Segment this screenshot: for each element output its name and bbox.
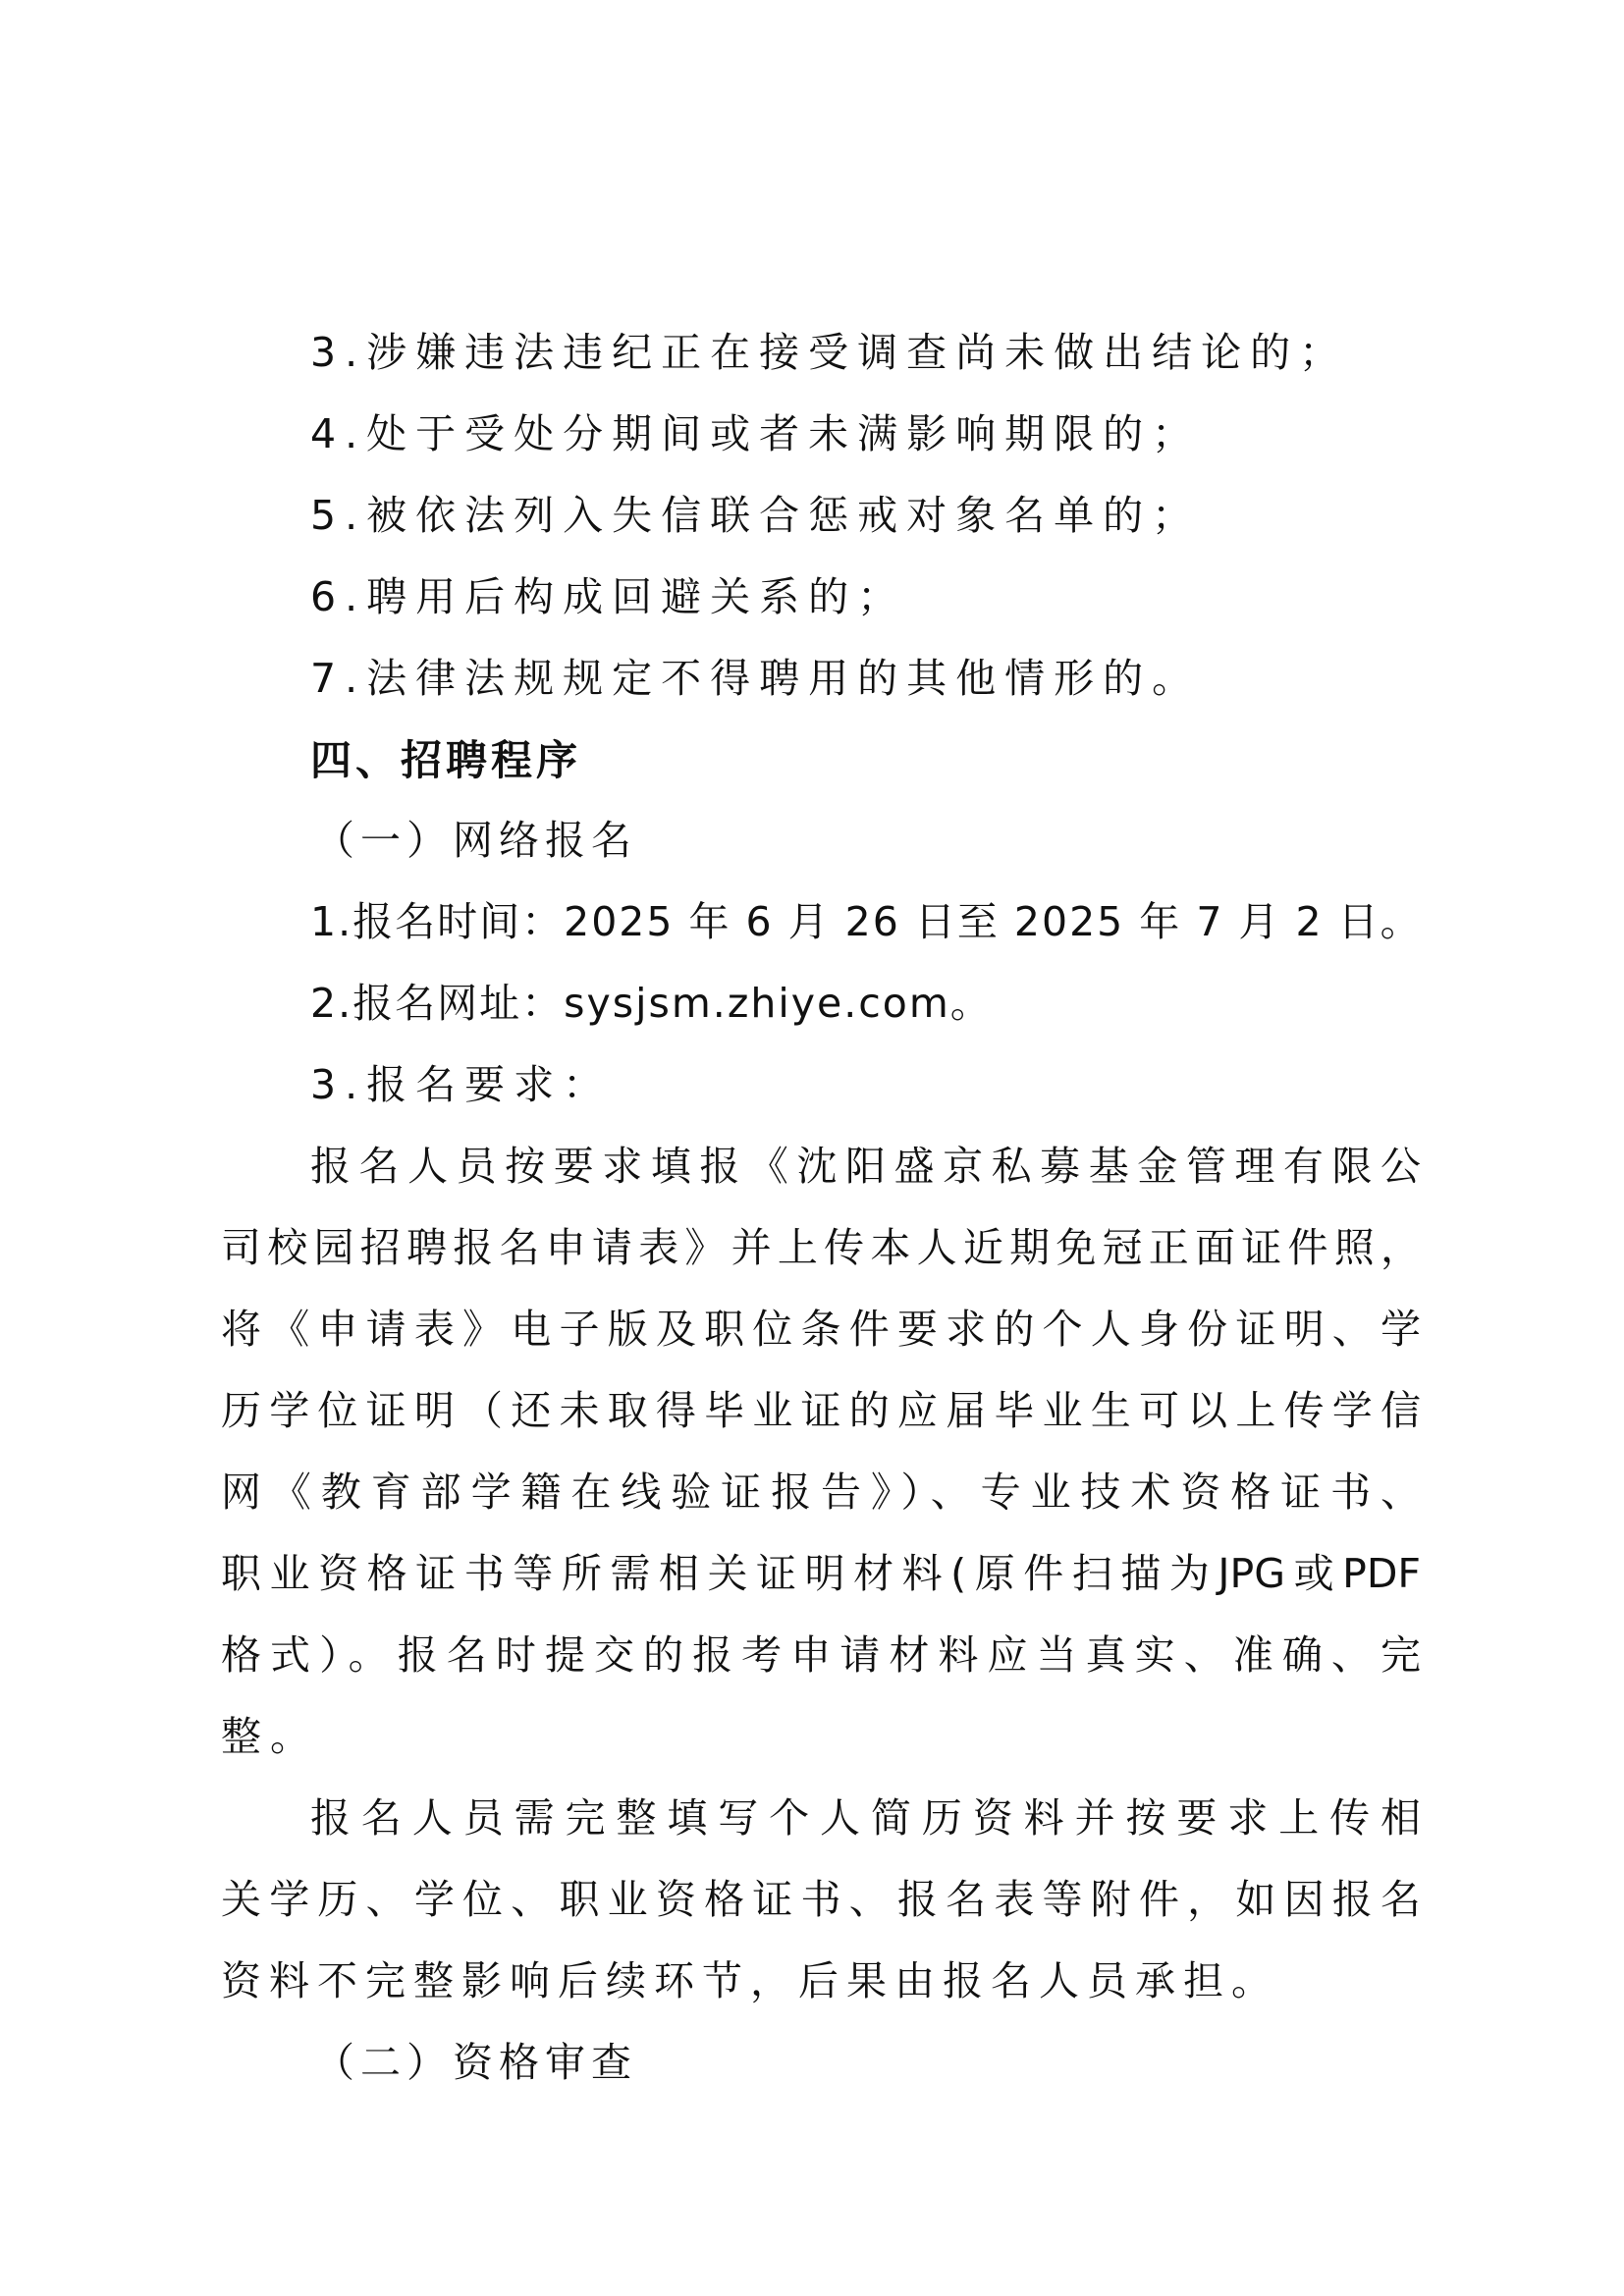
list-item: 5.被依法列入失信联合惩戒对象名单的； xyxy=(310,475,1421,557)
paragraph-line: 资料不完整影响后续环节，后果由报名人员承担。 xyxy=(221,1941,1421,2022)
registration-requirements-label: 3.报名要求： xyxy=(310,1044,1421,1126)
paragraph-line: 报名人员按要求填报《沈阳盛京私募基金管理有限公 xyxy=(310,1126,1421,1207)
registration-time: 1.报名时间：2025 年 6 月 26 日至 2025 年 7 月 2 日。 xyxy=(310,881,1421,963)
list-item: 3.涉嫌违法违纪正在接受调查尚未做出结论的； xyxy=(310,312,1421,394)
paragraph-line: 整。 xyxy=(221,1696,1421,1778)
paragraph-line: 格式）。报名时提交的报考申请材料应当真实、准确、完 xyxy=(221,1615,1421,1696)
section-heading: 四、招聘程序 xyxy=(310,720,1421,801)
paragraph-line: 报名人员需完整填写个人简历资料并按要求上传相 xyxy=(310,1778,1421,1859)
paragraph-line: 关学历、学位、职业资格证书、报名表等附件，如因报名 xyxy=(221,1859,1421,1941)
document-page: 3.涉嫌违法违纪正在接受调查尚未做出结论的； 4.处于受处分期间或者未满影响期限… xyxy=(0,0,1624,2296)
paragraph-line: 历学位证明（还未取得毕业证的应届毕业生可以上传学信 xyxy=(221,1370,1421,1452)
subsection-heading: （二）资格审查 xyxy=(314,2022,1421,2104)
paragraph-line: 职业资格证书等所需相关证明材料(原件扫描为JPG或PDF xyxy=(221,1533,1421,1615)
paragraph-line: 网《教育部学籍在线验证报告》）、专业技术资格证书、 xyxy=(221,1452,1421,1533)
list-item: 4.处于受处分期间或者未满影响期限的； xyxy=(310,394,1421,475)
list-item: 6.聘用后构成回避关系的； xyxy=(310,557,1421,638)
paragraph-line: 司校园招聘报名申请表》并上传本人近期免冠正面证件照， xyxy=(221,1207,1421,1289)
subsection-heading: （一）网络报名 xyxy=(314,800,1421,881)
registration-url: 2.报名网址：sysjsm.zhiye.com。 xyxy=(310,963,1421,1044)
paragraph-line: 将《申请表》电子版及职位条件要求的个人身份证明、学 xyxy=(221,1289,1421,1370)
list-item: 7.法律法规规定不得聘用的其他情形的。 xyxy=(310,638,1421,720)
